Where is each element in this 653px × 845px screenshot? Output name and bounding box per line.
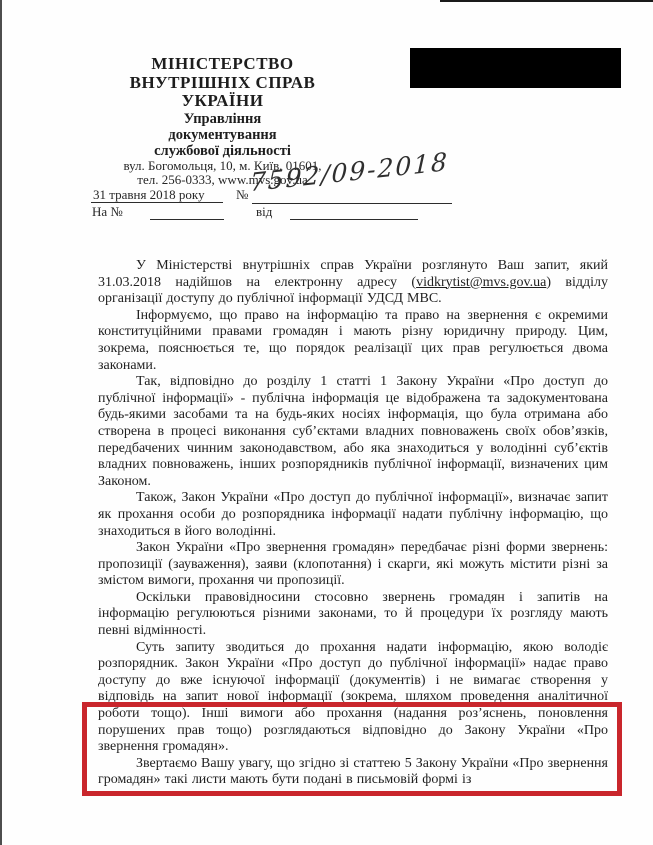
org-name-line: МІНІСТЕРСТВО — [85, 55, 360, 74]
org-name-line: УКРАЇНИ — [85, 92, 360, 111]
scan-border-top — [440, 0, 653, 2]
underline-rule — [252, 203, 452, 204]
scan-border-left — [0, 0, 2, 845]
body-paragraph: Також, Закон України «Про доступ до публ… — [98, 490, 608, 540]
department-line: документування — [85, 127, 360, 143]
department-line: службової діяльності — [85, 143, 360, 159]
letter-date: 31 травня 2018 року — [93, 187, 205, 203]
body-paragraph: У Міністерстві внутрішніх справ України … — [98, 258, 608, 308]
reply-to-label: На № — [92, 204, 123, 220]
body-paragraph: Закон України «Про звернення громадян» п… — [98, 540, 608, 590]
underline-rule — [290, 219, 418, 220]
reply-date-label: від — [256, 204, 272, 220]
org-name-line: ВНУТРІШНІХ СПРАВ — [85, 74, 360, 93]
body-paragraph: Інформуємо, що право на інформацію та пр… — [98, 308, 608, 374]
body-paragraph: Так, відповідно до розділу 1 статті 1 За… — [98, 374, 608, 490]
email-address: vidkrytist@mvs.gov.ua — [416, 275, 546, 290]
red-highlight-box — [82, 702, 622, 796]
scanned-letter-page: МІНІСТЕРСТВО ВНУТРІШНІХ СПРАВ УКРАЇНИ Уп… — [0, 0, 653, 845]
body-paragraph: Оскільки правовідносини стосовно звернен… — [98, 590, 608, 640]
underline-rule — [150, 219, 224, 220]
department-line: Управління — [85, 111, 360, 127]
outgoing-number-sign: № — [236, 187, 248, 203]
redaction-box — [410, 48, 621, 88]
underline-rule — [91, 202, 223, 203]
